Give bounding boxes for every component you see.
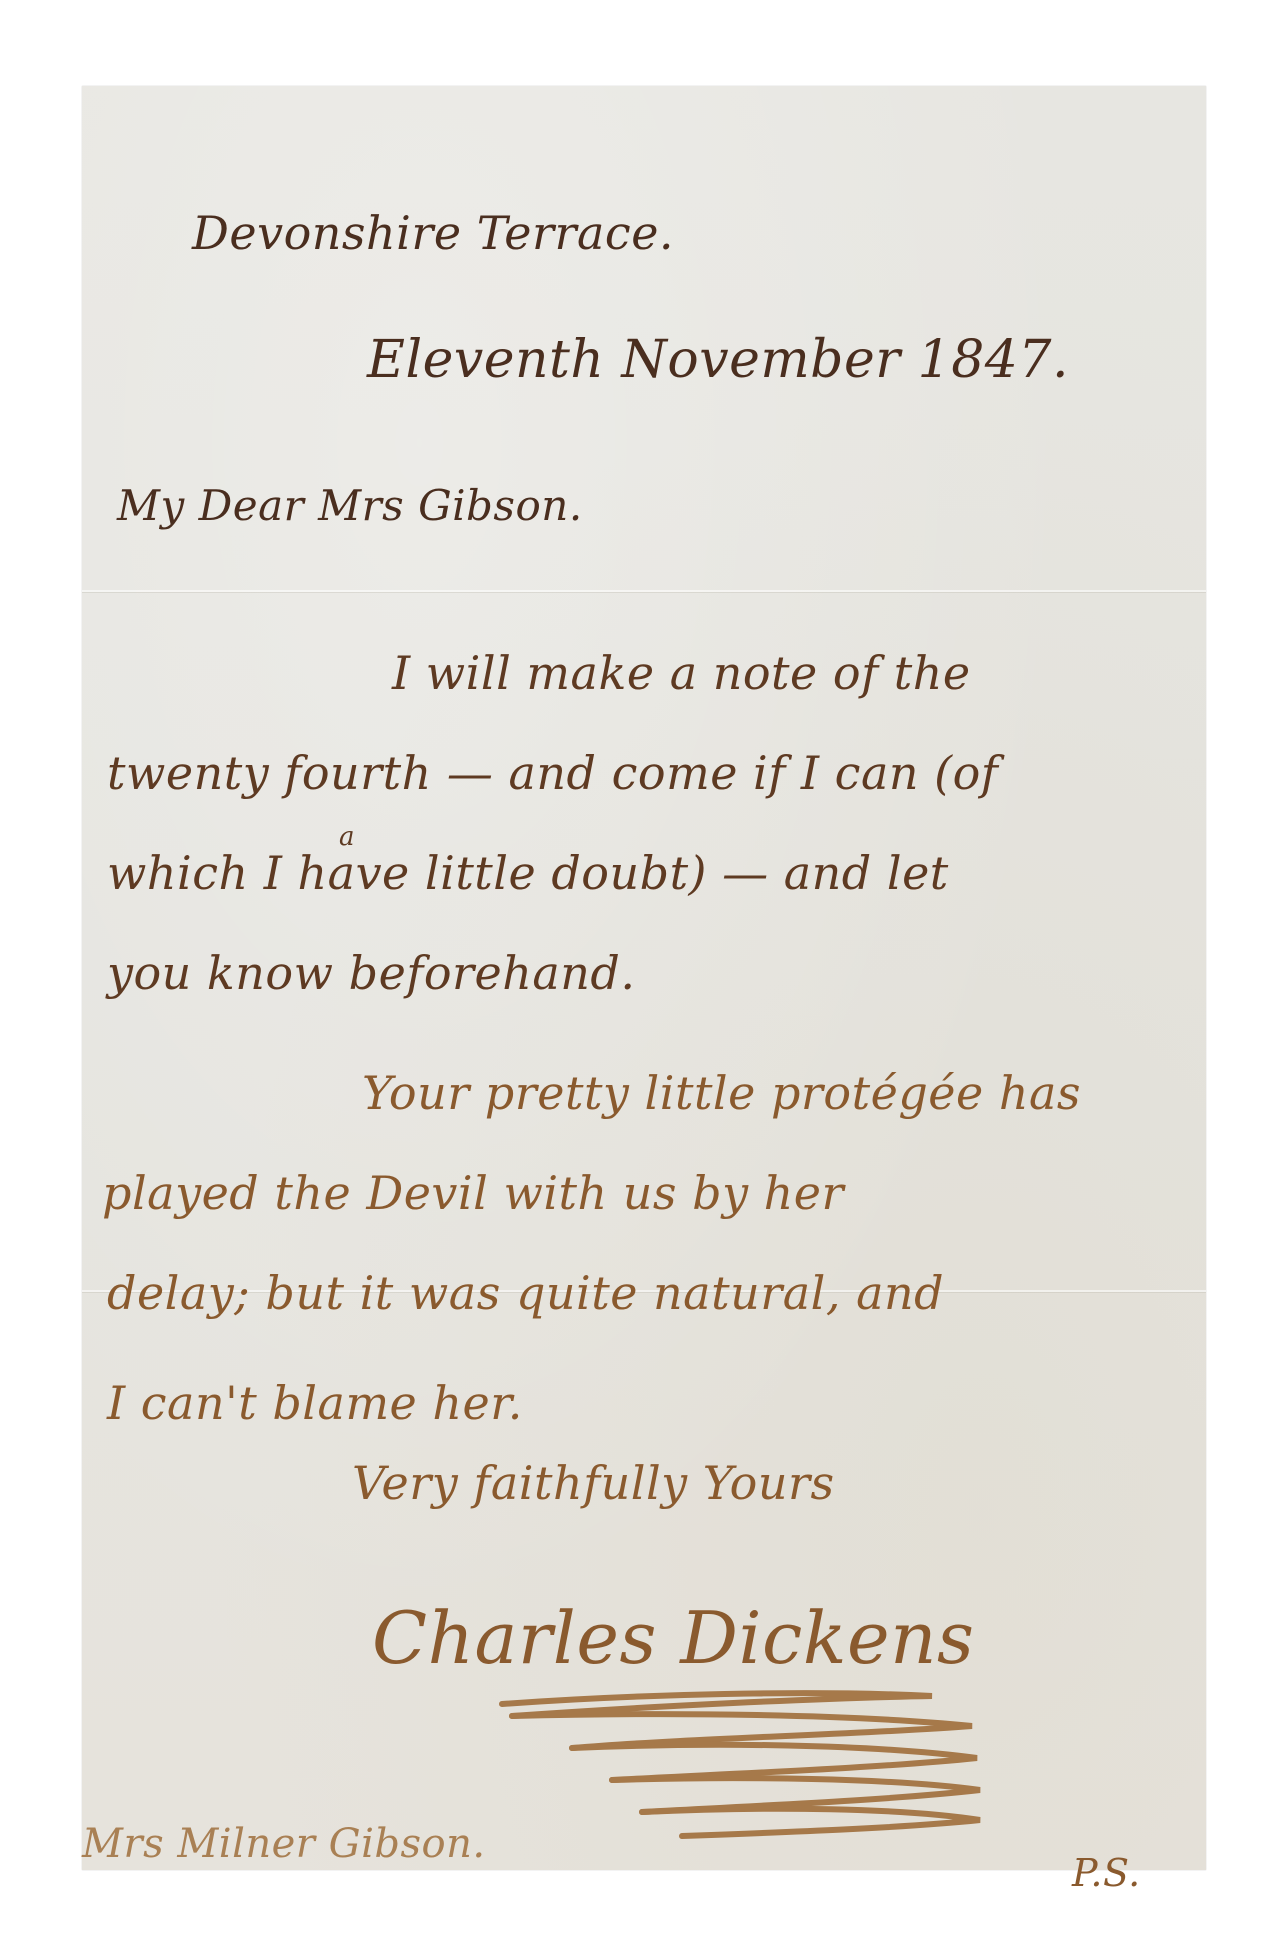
letter-salutation: My Dear Mrs Gibson. <box>117 481 583 530</box>
body-line: I will make a note of the <box>392 646 971 700</box>
signature-flourish-icon <box>492 1686 982 1856</box>
letter-date: Eleventh November 1847. <box>367 330 1069 390</box>
addressee-note: Mrs Milner Gibson. <box>82 1821 486 1867</box>
body-line: played the Devil with us by her <box>102 1166 844 1220</box>
letter-closing: Very faithfully Yours <box>352 1456 835 1510</box>
body-line: twenty fourth — and come if I can (of <box>107 746 998 800</box>
letter-page: Devonshire Terrace. Eleventh November 18… <box>82 86 1206 1870</box>
postscript-marker: P.S. <box>1072 1851 1141 1895</box>
body-line: delay; but it was quite natural, and <box>107 1266 944 1320</box>
body-line: I can't blame her. <box>107 1376 523 1430</box>
body-line: you know beforehand. <box>107 946 635 1000</box>
inserted-word: a <box>339 822 355 852</box>
letter-address: Devonshire Terrace. <box>192 206 674 260</box>
body-line: which I have little doubt) — and let <box>107 846 949 900</box>
body-line: Your pretty little protégée has <box>362 1066 1081 1120</box>
fold-line <box>82 590 1206 592</box>
signature: Charles Dickens <box>372 1596 974 1680</box>
